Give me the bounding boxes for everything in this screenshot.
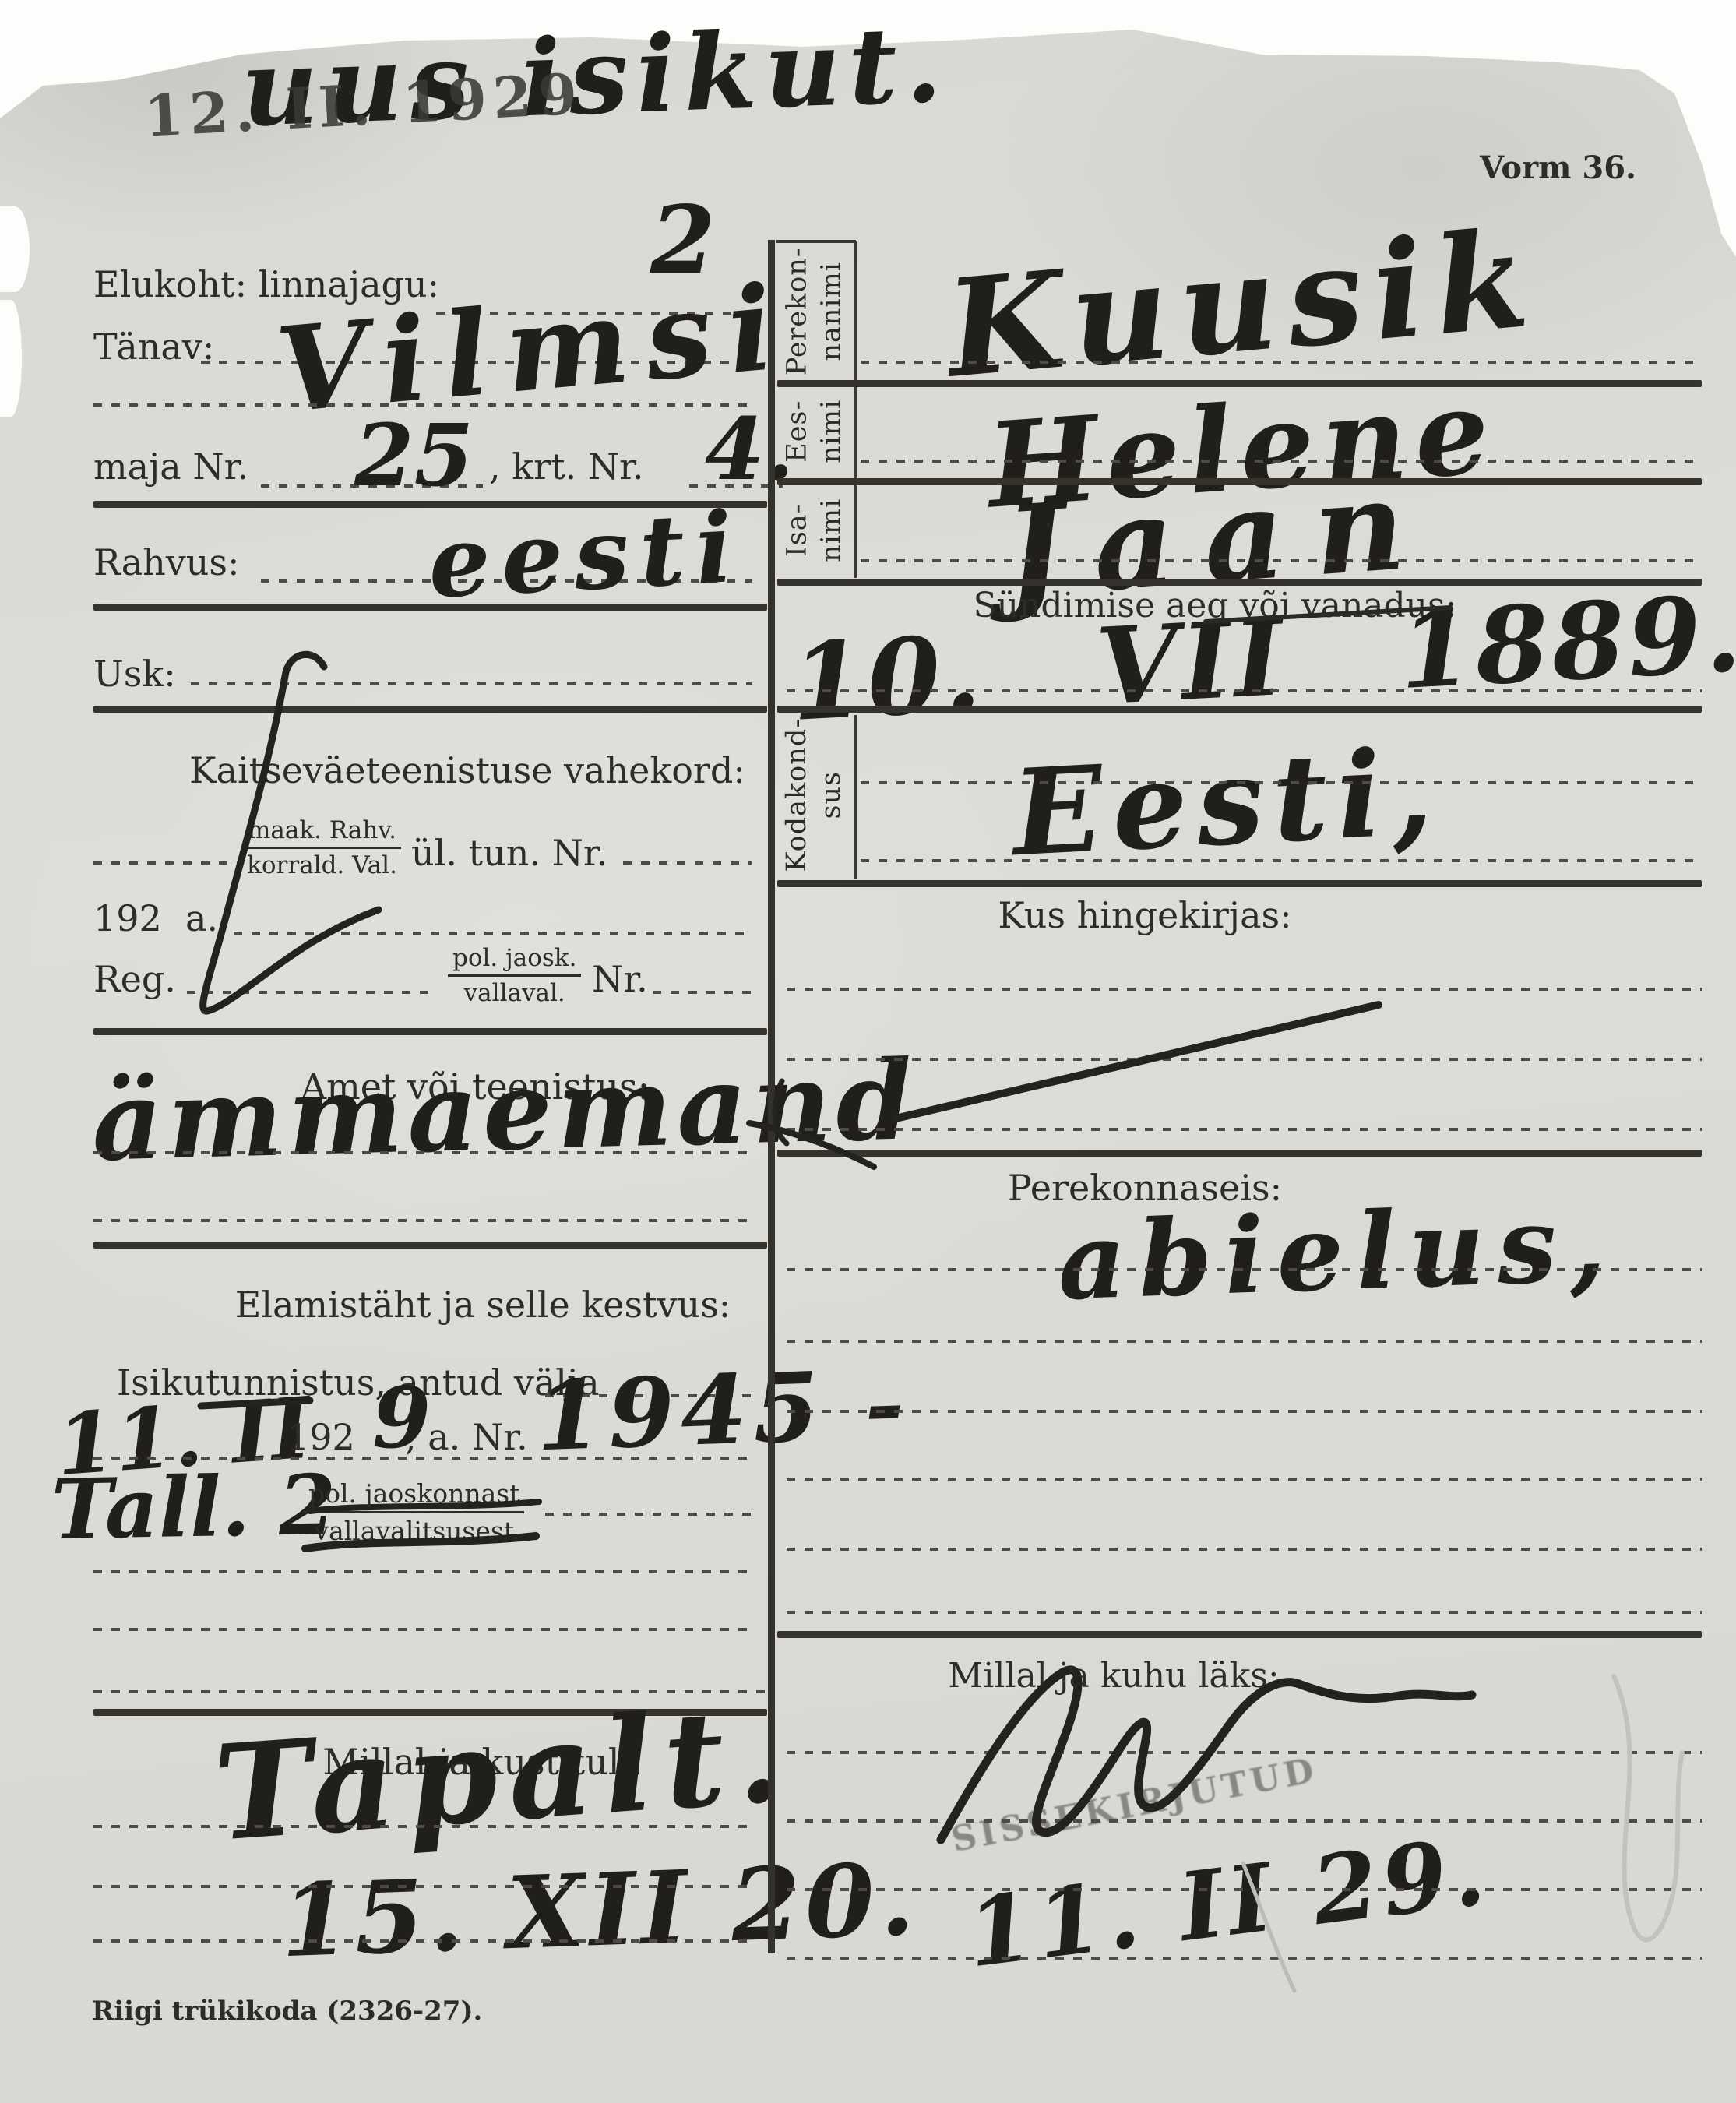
dotted-line (93, 1151, 752, 1154)
dotted-line (787, 1819, 1702, 1823)
citizenship-label: Kodakond- sus (780, 718, 849, 872)
military-service-heading: Kaitseväeteenistuse vahekord: (117, 749, 818, 791)
rule-line (93, 1242, 767, 1249)
residence-permit-heading: Elamistäht ja selle kestvus: (132, 1284, 833, 1326)
year-suffix: a. (185, 897, 218, 939)
dotted-line (787, 1410, 1702, 1413)
column-divider (768, 240, 775, 1953)
fraction-top: pol. jaoskonnast (304, 1478, 524, 1513)
surname-label: Perekon- nanimi (780, 248, 849, 376)
label-strip-line (854, 715, 857, 879)
dotted-line (787, 1957, 1702, 1960)
dotted-line (861, 859, 1702, 862)
id-year-prefix: 192 (287, 1416, 355, 1458)
nationality-value: eesti (425, 491, 746, 621)
dotted-line (787, 1751, 1702, 1754)
rule-line (93, 1028, 767, 1035)
rule-line (93, 706, 767, 713)
first-name-label-cell: Ees- nimi (776, 385, 853, 478)
dotted-line (623, 861, 752, 865)
dotted-line (861, 361, 1702, 364)
dotted-line (787, 1611, 1702, 1614)
label-strip-cap (776, 240, 856, 243)
id-place-value: Tall. 2 (51, 1456, 337, 1558)
id-a-nr-label: , a. Nr. (405, 1416, 528, 1458)
printer-imprint: Riigi trükikoda (2326-27). (92, 1996, 482, 2027)
father-name-label-cell: Isa- nimi (776, 483, 853, 578)
apartment-label: , krt. Nr. (489, 446, 644, 488)
parish-register-heading: Kus hingekirjas: (794, 894, 1495, 936)
dotted-line (787, 689, 1702, 692)
religion-label: Usk: (93, 653, 176, 695)
dotted-line (93, 1570, 752, 1573)
dotted-line (787, 1058, 1702, 1061)
year-prefix: 192 (93, 897, 162, 939)
marital-status-value: abielus, (1055, 1180, 1620, 1323)
father-name-label: Isa- nimi (780, 498, 849, 562)
nationality-label: Rahvus: (93, 541, 239, 583)
label-strip-line (854, 387, 857, 478)
dotted-line (787, 1548, 1702, 1551)
label-strip-line (854, 241, 857, 380)
scanned-form-page: uus isikut. 12. II. 1929 Vorm 36. Elukoh… (0, 0, 1736, 2103)
military-cert-label: ül. tun. Nr. (411, 832, 607, 874)
dotted-line (861, 559, 1702, 562)
house-number-label: maja Nr. (93, 446, 248, 488)
rule-line (777, 880, 1702, 887)
street-label: Tänav: (93, 326, 214, 368)
dotted-line (234, 932, 752, 935)
dotted-line (93, 1219, 752, 1222)
house-number-value: 25 (354, 405, 474, 505)
rule-line (777, 1150, 1702, 1157)
fraction-top: maak. Rahv. (243, 816, 401, 849)
paper-tear-notch (0, 206, 30, 292)
fraction-bottom: vallavalitsusest (304, 1513, 524, 1546)
paper-tear-notch (0, 300, 22, 417)
dotted-line (787, 1888, 1702, 1891)
rule-line (777, 706, 1702, 713)
id-authority-fraction: pol. jaoskonnast vallavalitsusest (304, 1478, 524, 1546)
military-authority-fraction: maak. Rahv. korrald. Val. (243, 816, 401, 879)
reg-authority-fraction: pol. jaosk. vallaval. (448, 944, 581, 1007)
surname-label-cell: Perekon- nanimi (776, 245, 853, 379)
form-code: Vorm 36. (1480, 150, 1636, 186)
dotted-line (787, 988, 1702, 991)
dotted-line (787, 1268, 1702, 1271)
dotted-line (93, 861, 238, 865)
dotted-line (191, 682, 752, 685)
dotted-line (653, 991, 752, 994)
dotted-line (93, 1825, 752, 1828)
fraction-bottom: vallaval. (448, 977, 581, 1007)
fraction-top: pol. jaosk. (448, 944, 581, 977)
reg-nr-label: Nr. (592, 958, 648, 1000)
rule-line (93, 604, 767, 611)
departure-heading: Millal ja kuhu läks: (794, 1656, 1433, 1696)
dotted-line (545, 1513, 752, 1516)
dotted-line (93, 1939, 752, 1943)
fraction-bottom: korrald. Val. (243, 849, 401, 879)
citizenship-label-cell: Kodakond- sus (776, 712, 853, 879)
dotted-line (187, 991, 436, 994)
reg-label: Reg. (93, 958, 176, 1000)
rule-line (777, 1631, 1702, 1638)
dotted-line (787, 1340, 1702, 1343)
dotted-line (787, 1478, 1702, 1481)
dotted-line (93, 1885, 752, 1888)
first-name-label: Ees- nimi (780, 400, 849, 463)
dotted-line (787, 1128, 1702, 1131)
label-strip-line (854, 485, 857, 578)
dotted-line (93, 1628, 752, 1631)
dotted-line (861, 781, 1702, 784)
